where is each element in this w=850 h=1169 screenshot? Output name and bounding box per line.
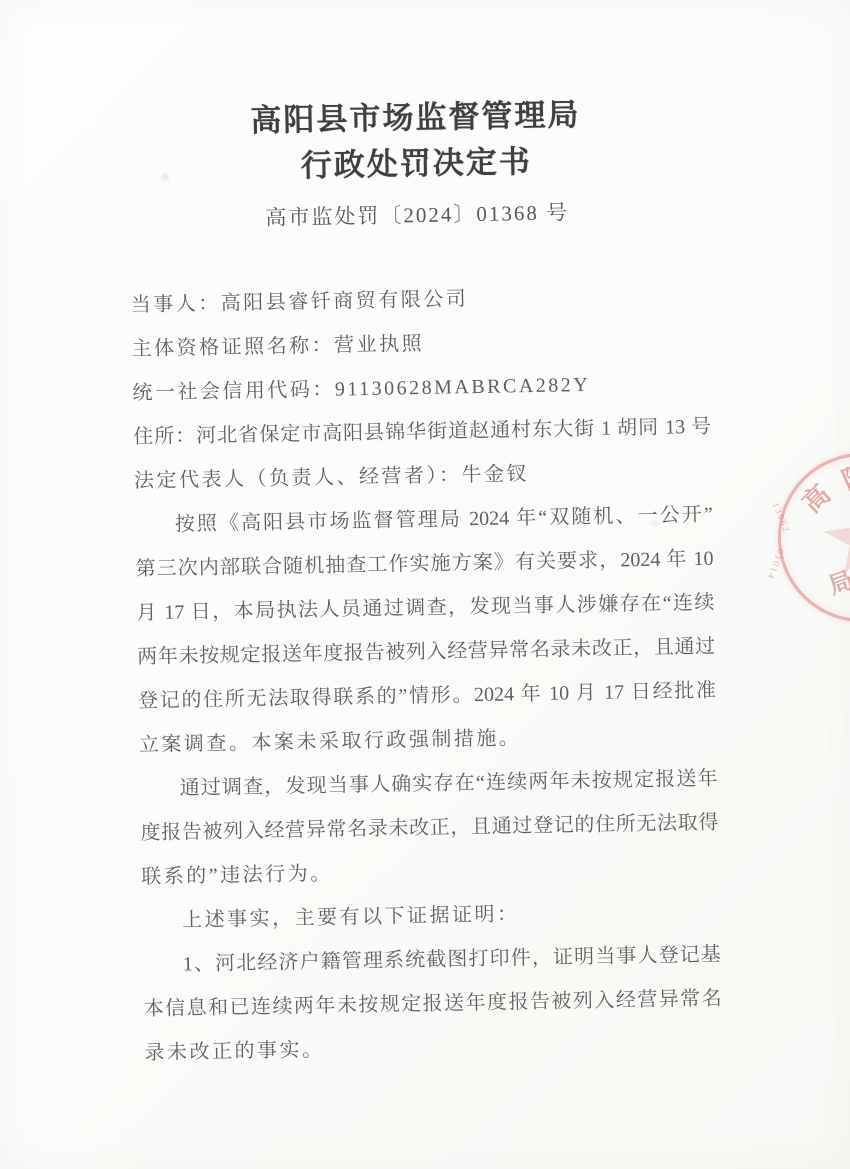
document-line: 录未改正的事实。 xyxy=(144,1021,723,1076)
scanned-document-page: 高阳县市场监督管理局 行政处罚决定书 高市监处罚〔2024〕01368 号 当事… xyxy=(0,0,850,1169)
scan-smudge xyxy=(161,173,169,181)
scan-smudge xyxy=(650,520,660,526)
document-content: 高阳县市场监督管理局 行政处罚决定书 高市监处罚〔2024〕01368 号 当事… xyxy=(0,0,850,1078)
document-title-line1: 高阳县市场监督管理局 xyxy=(0,0,841,148)
document-number: 高市监处罚〔2024〕01368 号 xyxy=(0,191,842,237)
document-body: 当事人：高阳县睿钎商贸有限公司主体资格证照名称：营业执照统一社会信用代码：911… xyxy=(130,273,722,1075)
